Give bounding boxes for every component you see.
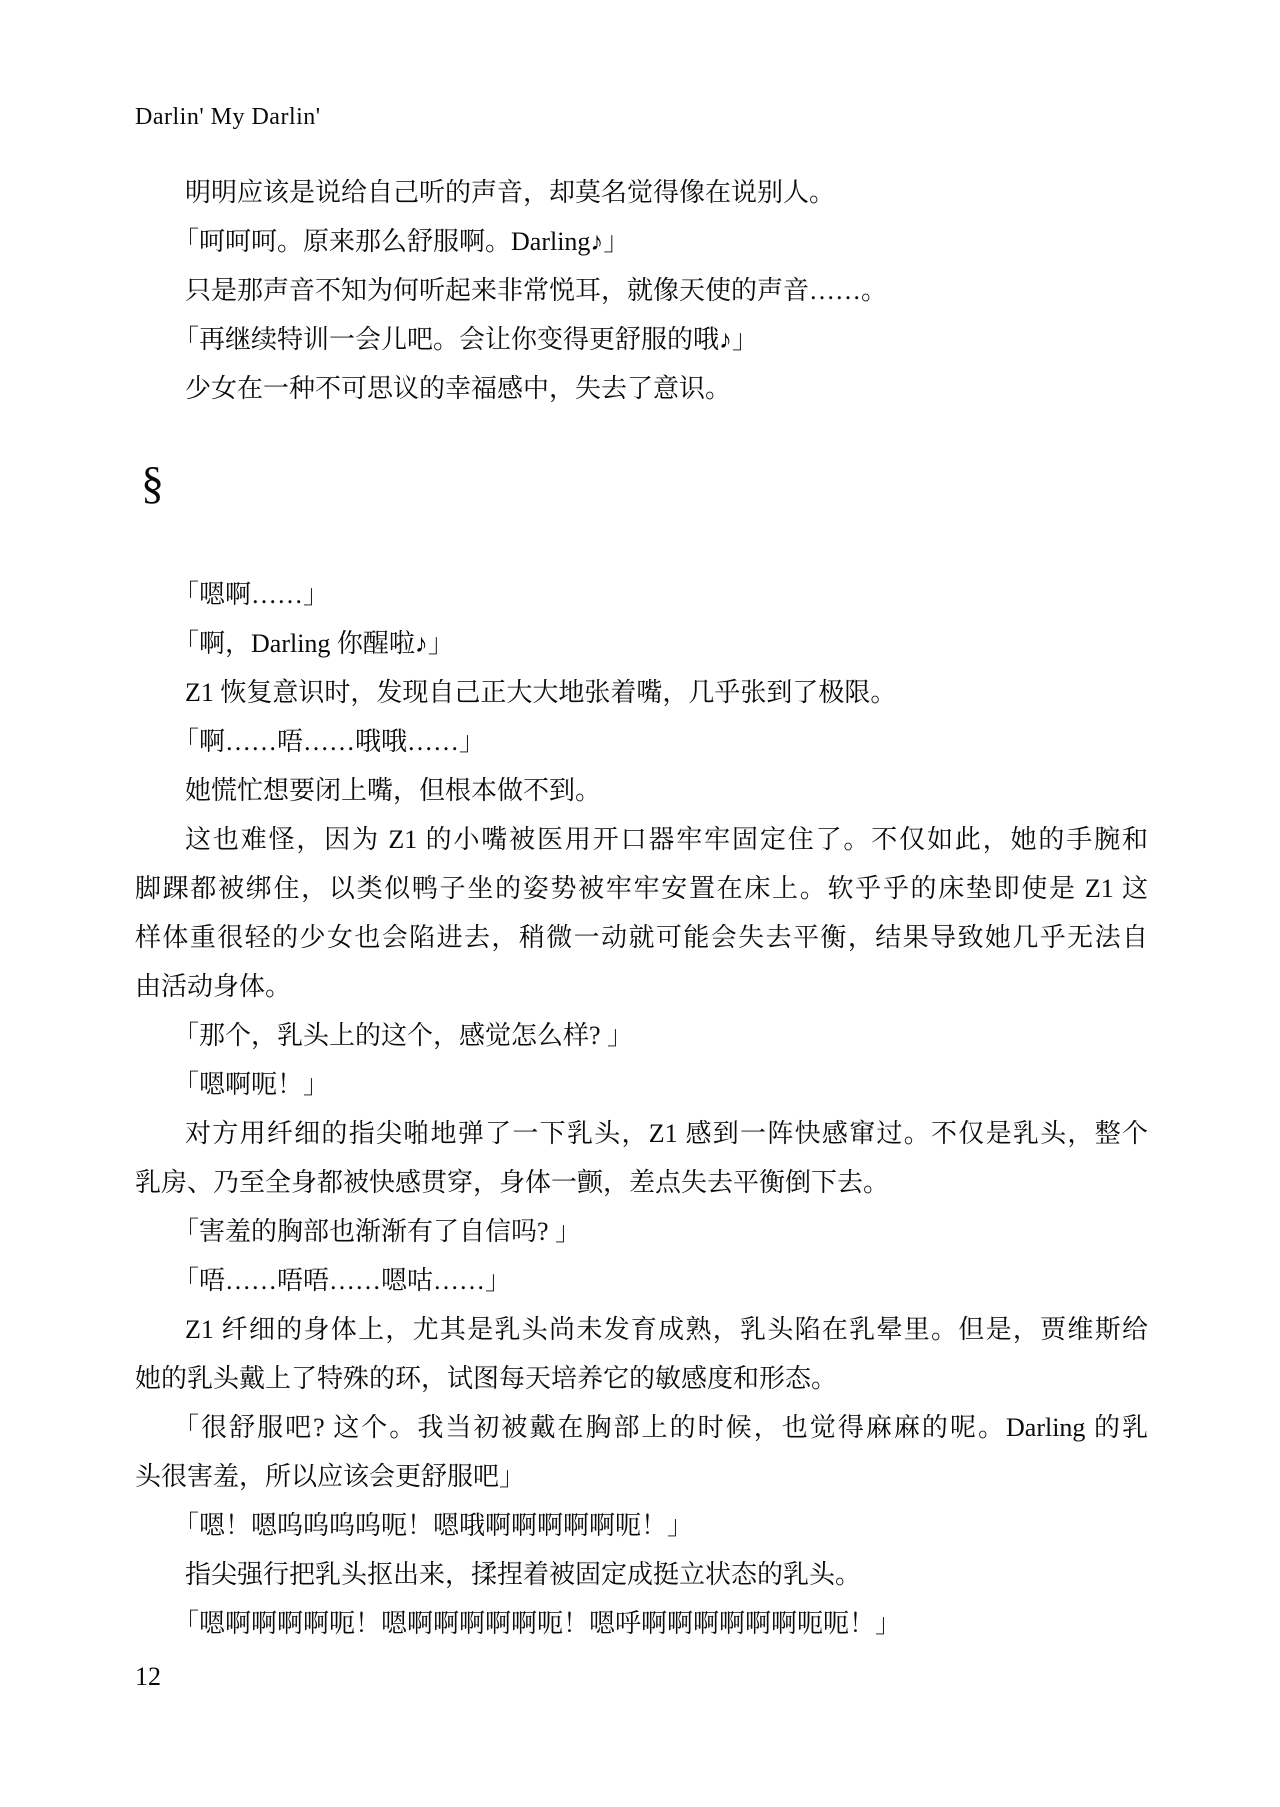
text-line: 她慌忙想要闭上嘴，但根本做不到。 [135, 766, 1148, 815]
text-line: Z1 恢复意识时，发现自己正大大地张着嘴，几乎张到了极限。 [135, 668, 1148, 717]
book-page: Darlin' My Darlin' 明明应该是说给自己听的声音，却莫名觉得像在… [0, 0, 1280, 1807]
text-line: 样体重很轻的少女也会陷进去，稍微一动就可能会失去平衡，结果导致她几乎无法自 [135, 913, 1148, 962]
running-header: Darlin' My Darlin' [135, 103, 321, 131]
text-line: 「害羞的胸部也渐渐有了自信吗? 」 [135, 1207, 1148, 1256]
text-line: 「嗯！嗯呜呜呜呜呃！嗯哦啊啊啊啊啊呃！」 [135, 1501, 1148, 1550]
text-line: 「嗯啊啊啊啊呃！嗯啊啊啊啊啊呃！嗯呼啊啊啊啊啊啊呃呃！」 [135, 1599, 1148, 1648]
text-line: 明明应该是说给自己听的声音，却莫名觉得像在说别人。 [135, 168, 1148, 217]
text-line: 「很舒服吧? 这个。我当初被戴在胸部上的时候，也觉得麻麻的呢。Darling 的… [135, 1403, 1148, 1452]
text-line: 乳房、乃至全身都被快感贯穿，身体一颤，差点失去平衡倒下去。 [135, 1158, 1148, 1207]
text-line: 脚踝都被绑住，以类似鸭子坐的姿势被牢牢安置在床上。软乎乎的床垫即使是 Z1 这 [135, 864, 1148, 913]
section-mark: § [135, 443, 1148, 523]
text-line: 「唔……唔唔……嗯咕……」 [135, 1256, 1148, 1305]
text-line: 「嗯啊呃！」 [135, 1060, 1148, 1109]
text-line: 「呵呵呵。原来那么舒服啊。Darling♪」 [135, 217, 1148, 266]
text-line: 这也难怪，因为 Z1 的小嘴被医用开口器牢牢固定住了。不仅如此，她的手腕和 [135, 815, 1148, 864]
text-line: 「嗯啊……」 [135, 570, 1148, 619]
text-line: Z1 纤细的身体上，尤其是乳头尚未发育成熟，乳头陷在乳晕里。但是，贾维斯给 [135, 1305, 1148, 1354]
text-line: 由活动身体。 [135, 962, 1148, 1011]
text-line: 对方用纤细的指尖啪地弹了一下乳头，Z1 感到一阵快感窜过。不仅是乳头，整个 [135, 1109, 1148, 1158]
text-line: 指尖强行把乳头抠出来，揉捏着被固定成挺立状态的乳头。 [135, 1550, 1148, 1599]
text-line: 「那个，乳头上的这个，感觉怎么样? 」 [135, 1011, 1148, 1060]
text-line: 少女在一种不可思议的幸福感中，失去了意识。 [135, 364, 1148, 413]
page-body: 明明应该是说给自己听的声音，却莫名觉得像在说别人。「呵呵呵。原来那么舒服啊。Da… [135, 168, 1148, 1648]
text-line: 只是那声音不知为何听起来非常悦耳，就像天使的声音……。 [135, 266, 1148, 315]
text-line: 「再继续特训一会儿吧。会让你变得更舒服的哦♪」 [135, 315, 1148, 364]
text-line: 「啊……唔……哦哦……」 [135, 717, 1148, 766]
text-line: 她的乳头戴上了特殊的环，试图每天培养它的敏感度和形态。 [135, 1354, 1148, 1403]
text-line: 头很害羞，所以应该会更舒服吧」 [135, 1452, 1148, 1501]
text-line: 「啊，Darling 你醒啦♪」 [135, 619, 1148, 668]
page-number: 12 [135, 1662, 161, 1692]
